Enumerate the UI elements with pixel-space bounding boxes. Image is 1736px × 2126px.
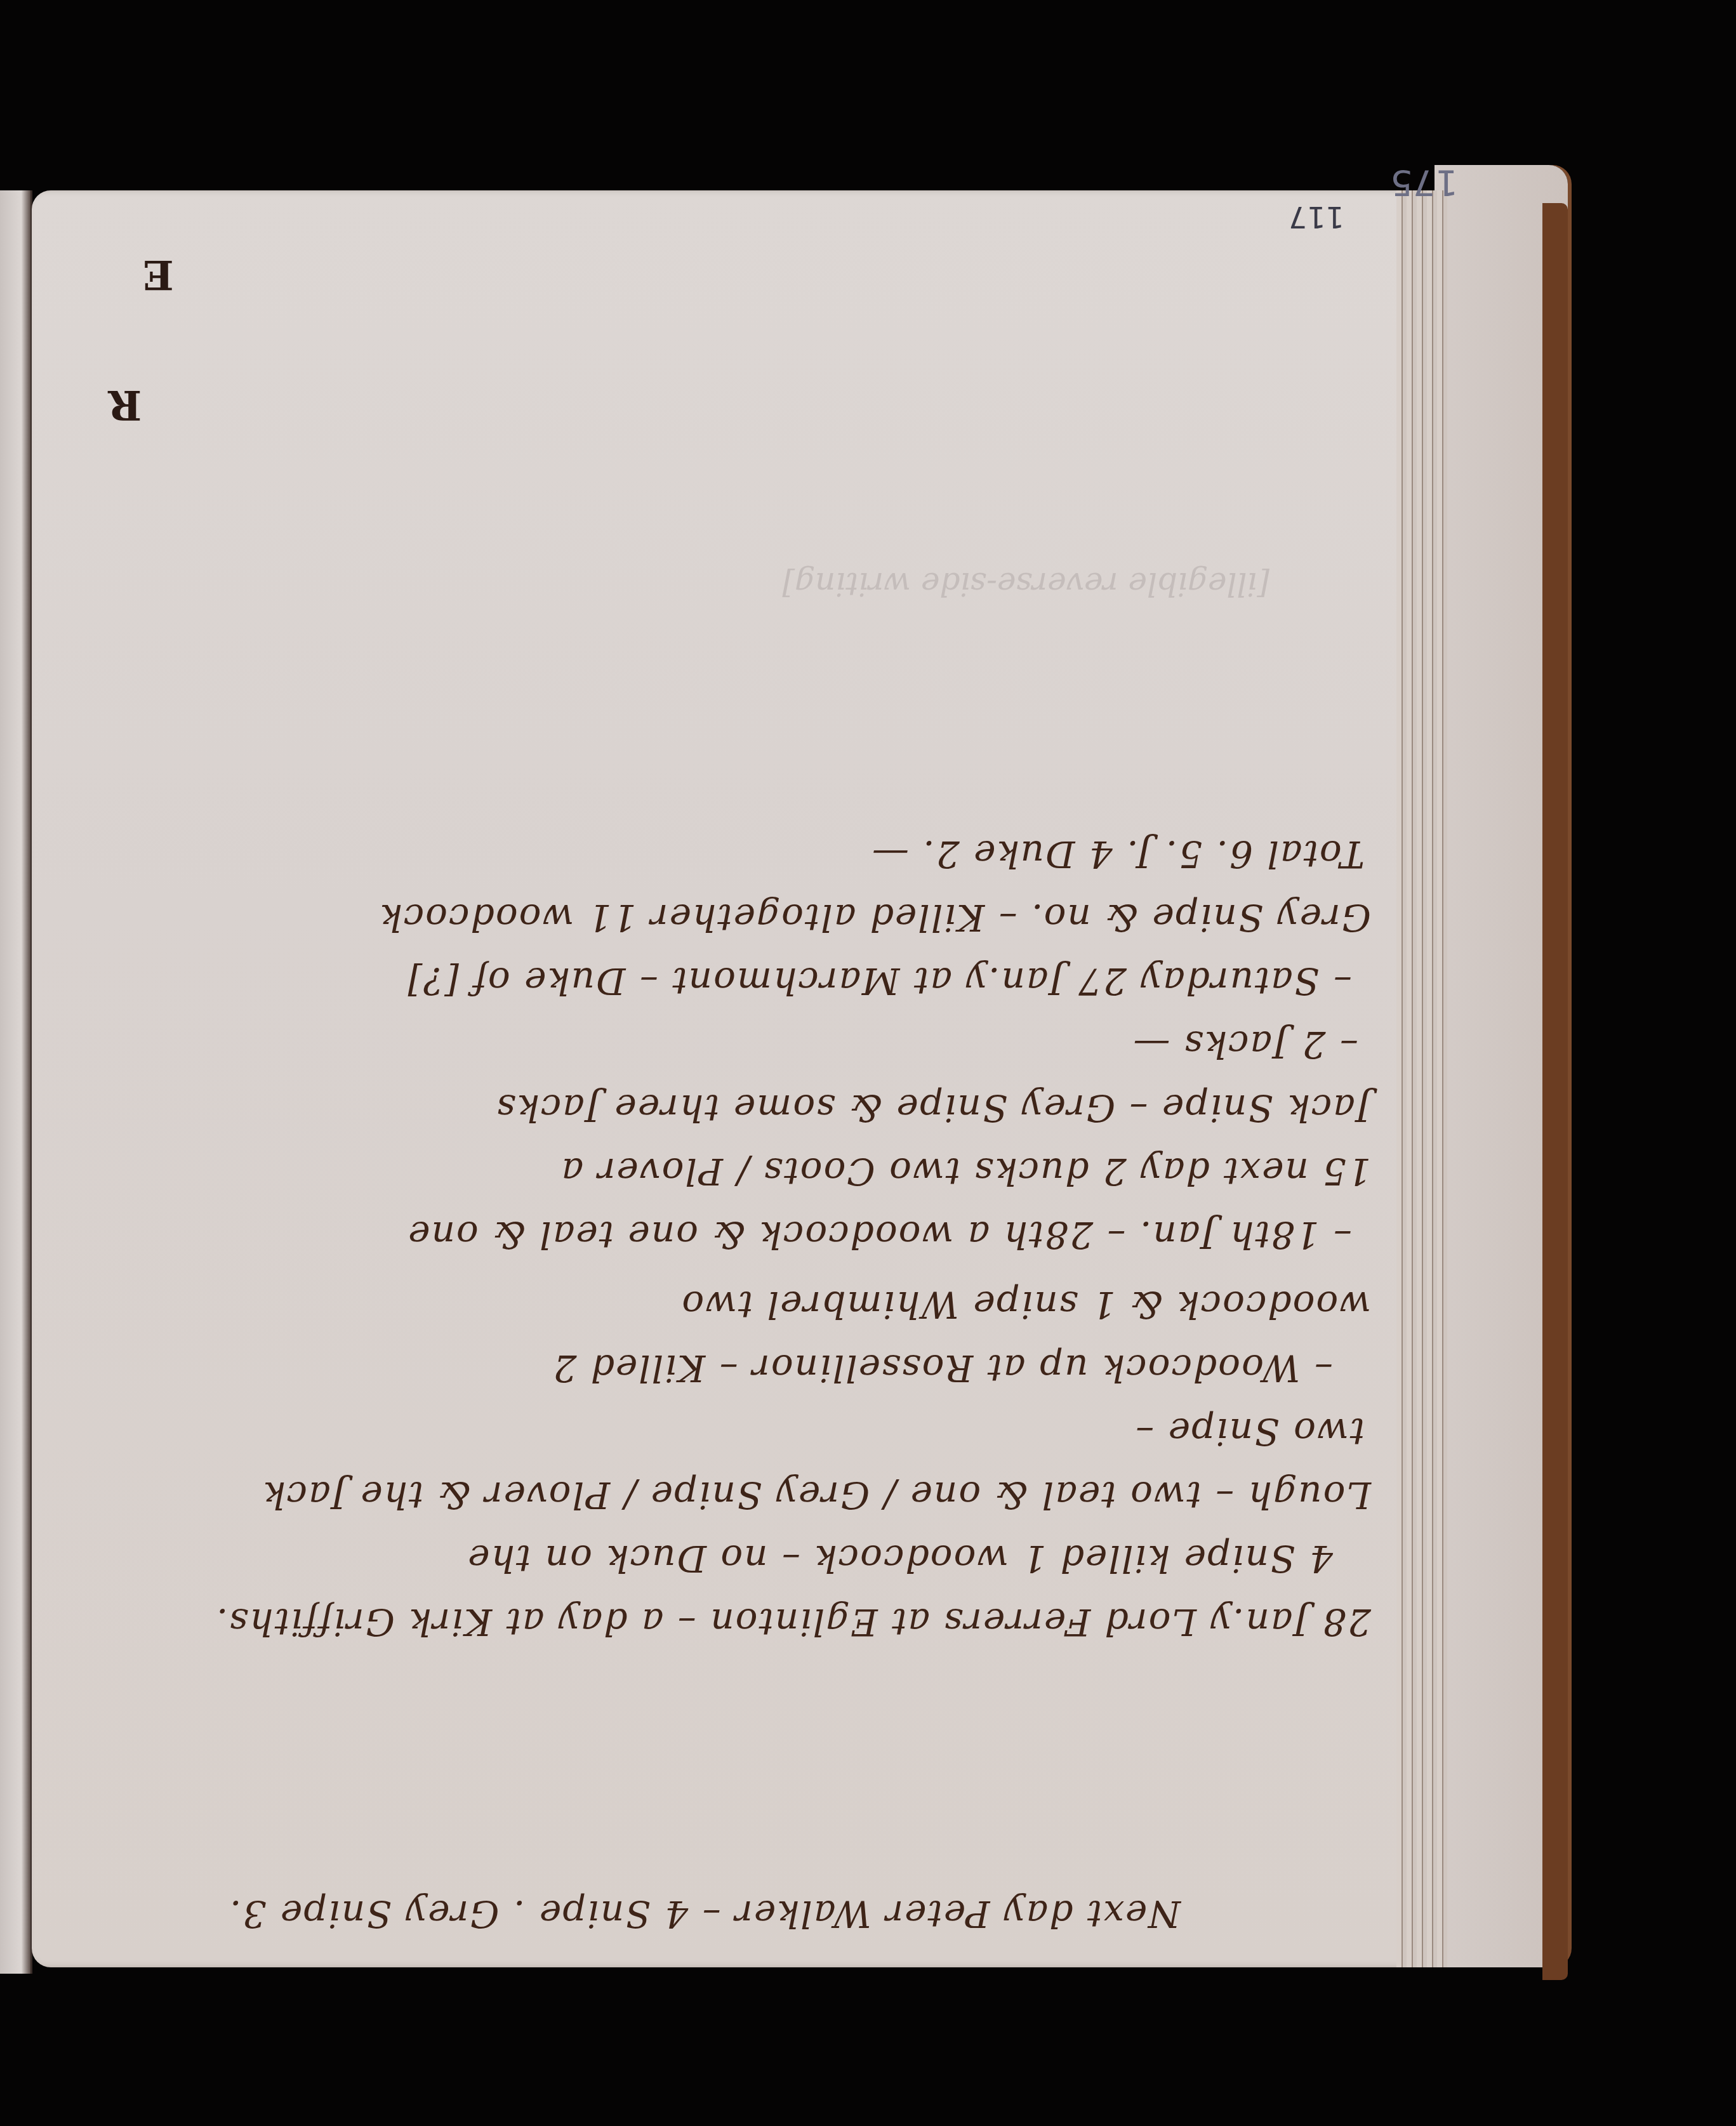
facing-left-page <box>0 190 32 1974</box>
entry-line: two Snipe – <box>1134 1410 1365 1453</box>
entry-line: – 18th Jan. – 28th a woodcock & one teal… <box>407 1213 1352 1257</box>
page-stack-edge <box>1396 190 1447 1967</box>
margin-mark-e: E <box>143 251 174 298</box>
entry-line: – 2 Jacks — <box>1132 1023 1358 1066</box>
entry-line: Total 6. 5. J. 4 Duke 2. — <box>871 833 1365 876</box>
handwritten-entries: Next day Peter Walker – 4 Snipe . Grey S… <box>38 730 1371 1936</box>
entry-line: Next day Peter Walker – 4 Snipe . Grey S… <box>229 1892 1181 1936</box>
margin-mark-r: R <box>108 381 142 428</box>
stamped-page-number: 175 <box>1390 162 1458 203</box>
entry-line: woodcock & 1 snipe Whimbrel two <box>680 1283 1371 1326</box>
entry-line: 28 Jan.y Lord Ferrers at Eglinton – a da… <box>215 1601 1371 1644</box>
entry-line: 4 Snipe killed 1 woodcock – no Duck on t… <box>467 1537 1333 1580</box>
entry-line: Lough – two teal & one / Grey Snipe / Pl… <box>262 1474 1371 1517</box>
entry-line: Jack Snipe – Grey Snipe & some three Jac… <box>496 1086 1371 1130</box>
entry-line: – Woodcock up at Rossellinor – Killed 2 <box>552 1347 1333 1390</box>
leather-binding-edge <box>1542 203 1568 1980</box>
entry-line: – Saturday 27 Jan.y at Marchmont – Duke … <box>407 960 1352 1003</box>
show-through-text: [illegible reverse-side writing] <box>190 241 1269 622</box>
entry-line: Grey Snipe & no. – Killed altogether 11 … <box>379 896 1371 939</box>
folio-number: 117 <box>1289 200 1344 234</box>
entry-line: 15 next day 2 ducks two Coots / Plover a <box>560 1150 1371 1193</box>
